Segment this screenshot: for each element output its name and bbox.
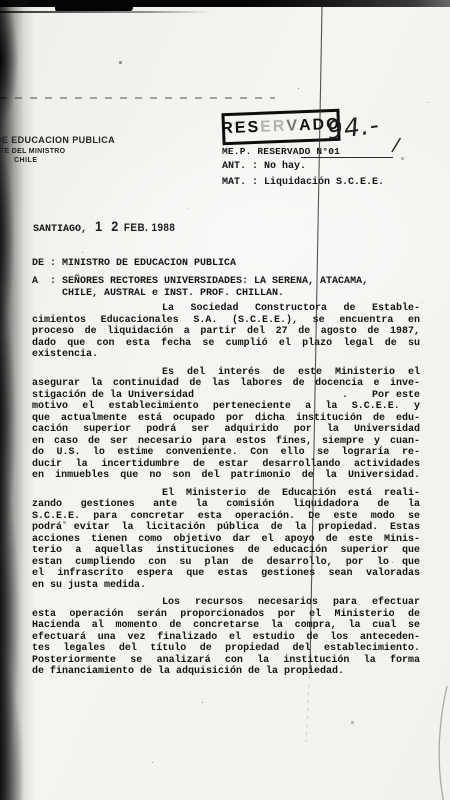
reservado-stamp: RESERVADO <box>221 109 340 146</box>
stamp-text-part-semi: V <box>286 117 299 135</box>
body-line: existencia. <box>32 349 420 361</box>
date-stamp-year: 1988 <box>152 222 176 235</box>
document-page: DE EDUCACION PUBLICA ETE DEL MINISTRO CH… <box>0 0 450 800</box>
body-line: Hacienda al momento de concretarse la co… <box>32 620 420 632</box>
number-underline <box>301 147 393 158</box>
body-line: en su justa medida. <box>32 580 420 592</box>
body-line: terio a aquellas instituciones de educac… <box>32 545 420 557</box>
to-line: CHILE, AUSTRAL e INST. PROF. CHILLAN. <box>62 288 418 300</box>
body-line: dado que con esta fecha se cumplió el pl… <box>32 338 420 350</box>
body-line: que actualmente está ocupado por dicha i… <box>32 413 420 425</box>
dateline-city: SANTIAGO, <box>33 224 87 235</box>
date-stamp-month: FEB. <box>124 222 148 235</box>
body-line: La Sociedad Constructora de Estable- <box>32 303 420 315</box>
subject-line: MAT. : Liquidación S.C.E.E. <box>222 177 384 188</box>
scan-noise-specks <box>0 0 1 1</box>
from-line: DE : MINISTRO DE EDUCACION PUBLICA <box>32 258 236 269</box>
antecedents-line: ANT. : No hay. <box>222 161 306 172</box>
letter-body: La Sociedad Constructora de Estable- cim… <box>32 303 420 684</box>
body-line: en caso de ser necesario para estos fine… <box>32 436 420 448</box>
body-line: El Ministerio de Educación está reali- <box>32 488 420 500</box>
body-line: en inmuebles que no son del patrimonio d… <box>32 470 420 482</box>
handwritten-number: 94.- <box>325 110 381 145</box>
letterhead: DE EDUCACION PUBLICA ETE DEL MINISTRO CH… <box>0 135 115 164</box>
stamp-text-part-faded: ER <box>260 118 287 137</box>
dateline: SANTIAGO,1 2FEB. 1988 <box>33 219 181 235</box>
body-line: Es del interés de este Ministerio el <box>32 367 420 379</box>
body-line-with-blank: stigación de la Universidad . Por este <box>32 390 420 402</box>
to-line: SEÑORES RECTORES UNIVERSIDADES: LA SEREN… <box>62 276 418 288</box>
body-line: el infrascrito espera que estas gestione… <box>32 568 420 580</box>
paragraph-2: Es del interés de este Ministerio el ase… <box>32 367 420 482</box>
letterhead-country: CHILE <box>14 157 115 164</box>
body-line: zando gestiones ante la comisión liquida… <box>32 499 420 511</box>
body-line: efectuará una vez finalizado el estudio … <box>32 632 420 644</box>
body-line: esta operación serán proporcionados por … <box>32 609 420 621</box>
body-line: S.C.E.E. para concretar esta operación. … <box>32 511 420 523</box>
scan-horizontal-line <box>0 11 212 13</box>
body-line: cación superior podrá ser adquirido por … <box>32 424 420 436</box>
paragraph-4: Los recursos necesarios para efectuar es… <box>32 597 420 678</box>
scan-top-blob <box>55 0 133 11</box>
body-line: de financiamiento de la adquisición de l… <box>32 666 420 678</box>
date-stamp: 1 2FEB. 1988 <box>95 219 175 235</box>
to-block: A : SEÑORES RECTORES UNIVERSIDADES: LA S… <box>32 276 418 299</box>
letterhead-office: ETE DEL MINISTRO <box>0 148 115 155</box>
body-line-left: stigación de la Universidad <box>32 390 194 402</box>
body-line: tes legales del título de propiedad del … <box>32 643 420 655</box>
stamp-text-part: RES <box>221 119 261 138</box>
body-line: acciones tienen como objetivo dar el apo… <box>32 534 420 546</box>
body-line: asegurar la continuidad de las labores d… <box>32 378 420 390</box>
body-line: cimientos Educacionales S.A. (S.C.E.E.),… <box>32 315 420 327</box>
body-line: do U.S. lo estime conveniente. Con ello … <box>32 447 420 459</box>
paragraph-3: El Ministerio de Educación está reali- z… <box>32 488 420 592</box>
body-line: ducir la incertidumbre de estar desarrol… <box>32 459 420 471</box>
body-line: proceso de liquidación a partir del 27 d… <box>32 326 420 338</box>
body-line: podrá evitar la licitación pública de la… <box>32 522 420 534</box>
scan-dash-streak <box>0 97 275 99</box>
page-curl-line <box>439 686 447 800</box>
paragraph-1: La Sociedad Constructora de Estable- cim… <box>32 303 420 361</box>
body-line: Posteriormente se analizará con la insti… <box>32 655 420 667</box>
body-line: Los recursos necesarios para efectuar <box>32 597 420 609</box>
body-line: estan cumpliendo con su plan de desarrol… <box>32 557 420 569</box>
to-label: A : <box>32 276 62 299</box>
body-line: motivo el establecimiento perteneciente … <box>32 401 420 413</box>
body-line-right: . Por este <box>342 390 420 402</box>
date-stamp-day: 1 2 <box>95 219 121 235</box>
to-recipients: SEÑORES RECTORES UNIVERSIDADES: LA SEREN… <box>62 276 418 299</box>
letterhead-ministry: DE EDUCACION PUBLICA <box>0 135 115 145</box>
